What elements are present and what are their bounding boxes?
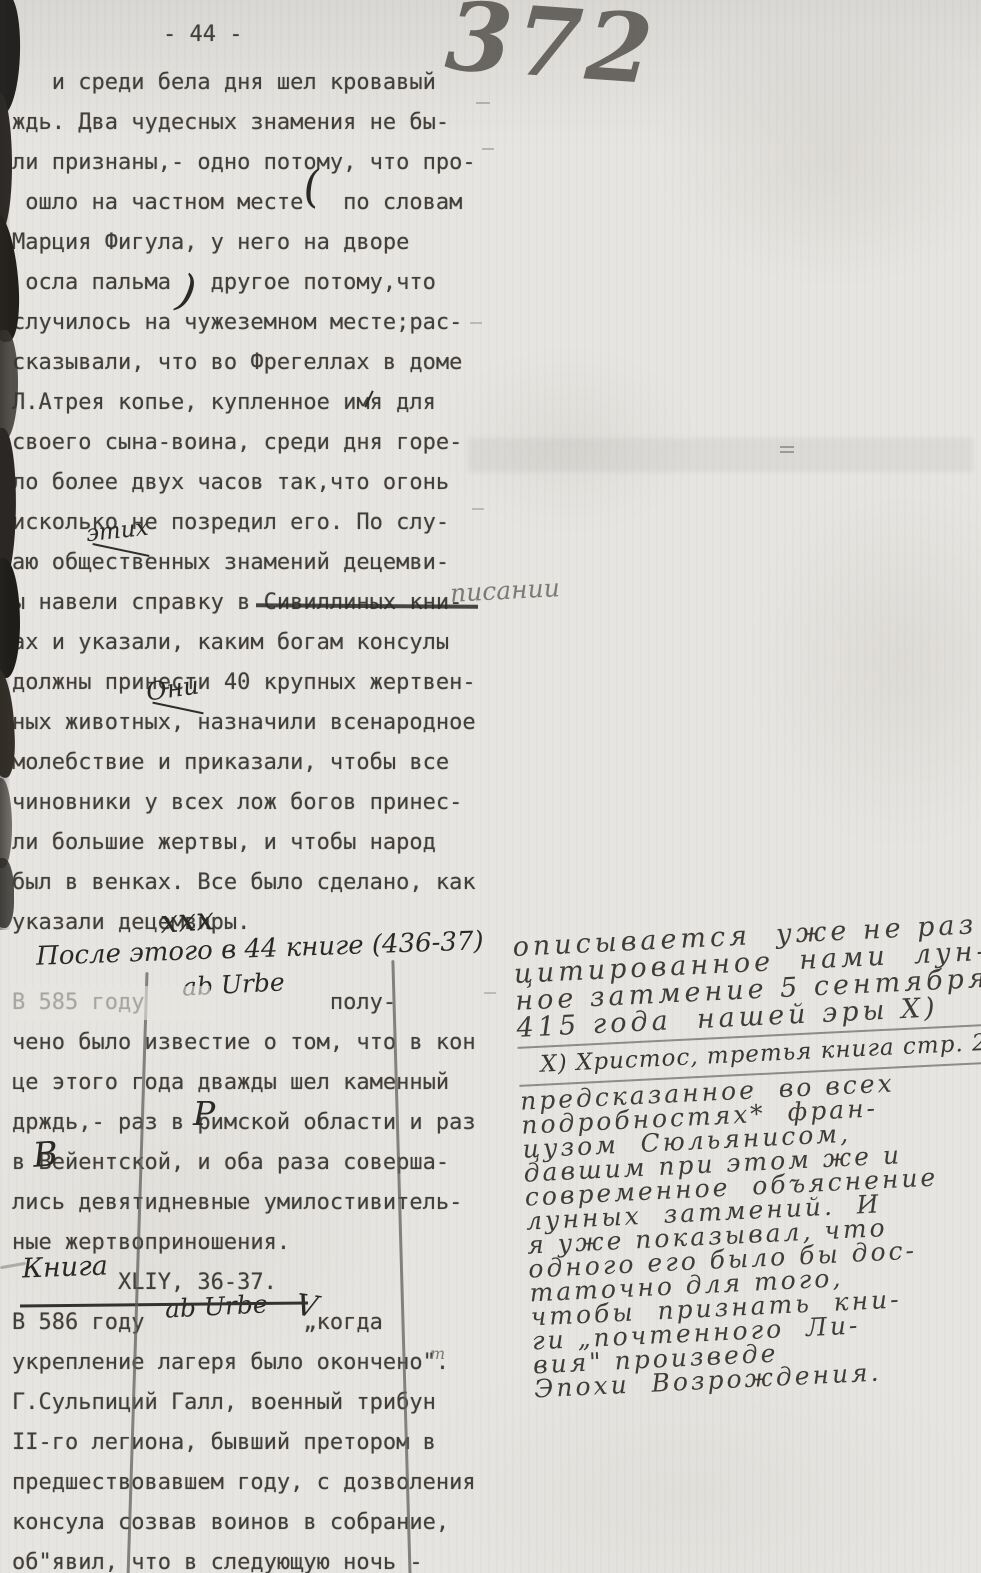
margin-dash — [472, 508, 484, 510]
margin-equals — [780, 446, 794, 448]
page-number: - 44 - — [163, 22, 242, 48]
margin-dash — [484, 992, 496, 994]
typed-line: должны принести 40 крупных жертвен- — [12, 670, 476, 696]
margin-dash — [476, 102, 490, 104]
typed-line: ли большие жертвы, и чтобы народ — [12, 830, 436, 856]
typed-line: ло более двух часов так,что огонь — [12, 470, 449, 496]
typed-line: укрепление лагеря было окончено". — [12, 1350, 449, 1376]
typed-line: чено было известие о том, что в кон — [12, 1030, 476, 1056]
handwritten-note-upper: описывается уже не разцитированное нами … — [512, 911, 981, 1042]
pencil-pisanii: писании — [449, 575, 560, 606]
overwrite-R: Р — [193, 1097, 215, 1130]
typed-line: ах и указали, каким богам консулы — [12, 630, 449, 656]
typed-line: II-го легиона, бывший претором в — [12, 1430, 436, 1456]
typed-line: аю общественных знамений децемви- — [12, 550, 449, 576]
insert-ab-urbe-2: ab Urbe — [164, 1291, 268, 1321]
fade-patch-585 — [10, 986, 210, 1020]
handwritten-margin-column: описывается уже не разцитированное нами … — [512, 911, 981, 1401]
typed-line: Марция Фигула, у него на дворе — [12, 230, 409, 256]
scanned-typescript-page: - 44 - и среди бела дня шел кровавыйждь.… — [0, 0, 981, 1573]
typed-line: своего сына-воина, среди дня горе- — [12, 430, 462, 456]
typed-line: в Вейентской, и оба раза соверша- — [12, 1150, 449, 1176]
margin-dash — [470, 322, 482, 324]
typed-line: ошло на частном месте по словам — [12, 190, 462, 216]
typed-line: и среди бела дня шел кровавый — [12, 70, 436, 96]
typed-line: молебствие и приказали, чтобы все — [12, 750, 449, 776]
pencil-number-372: 372 — [443, 0, 659, 98]
handwritten-note-lower: предсказанное во всехподробностях* фран-… — [520, 1067, 981, 1402]
typed-line: ных животных, назначили всенародное — [12, 710, 476, 736]
typed-line: был в венках. Все было сделано, как — [12, 870, 476, 896]
ghost-showthrough-band — [468, 438, 973, 472]
typed-line: ждь. Два чудесных знамения не бы- — [12, 110, 449, 136]
typed-line: држдь,- раз в римской области и раз — [12, 1110, 476, 1136]
typed-line: лись девятидневные умилостивитель- — [12, 1190, 462, 1216]
typed-line: ы навели справку в Сивиллиных кни- — [12, 590, 462, 616]
typed-line: чиновники у всех лож богов принес- — [12, 790, 462, 816]
insert-oni: Они — [145, 672, 201, 704]
faint-superscript: т — [430, 1346, 445, 1362]
insert-etih: этих — [85, 517, 150, 546]
typed-line: консула созвав воинов в собрание, — [12, 1510, 449, 1536]
insert-check: V — [294, 1291, 320, 1324]
typed-line: об"явил, что в следующую ночь - — [12, 1550, 423, 1573]
handwritten-xxx: xxx — [159, 902, 215, 938]
typed-line: ли признаны,- одно потому, что про- — [12, 150, 476, 176]
typed-line: сказывали, что во Фрегеллах в доме — [12, 350, 462, 376]
typed-line: Г.Сульпиций Галл, военный трибун — [12, 1390, 436, 1416]
margin-dash — [482, 148, 494, 150]
typed-line: це этого года дважды шел каменный — [12, 1070, 449, 1096]
overwrite-V: В — [32, 1137, 59, 1173]
typed-line: исколько не позредил его. По слу- — [12, 510, 449, 536]
typed-line: осла пальма , другое потому,что — [12, 270, 436, 296]
typed-line: случилось на чужеземном месте;рас- — [12, 310, 462, 336]
handwritten-kniga: Книга — [22, 1253, 109, 1283]
left-edge-shadow — [0, 0, 10, 930]
